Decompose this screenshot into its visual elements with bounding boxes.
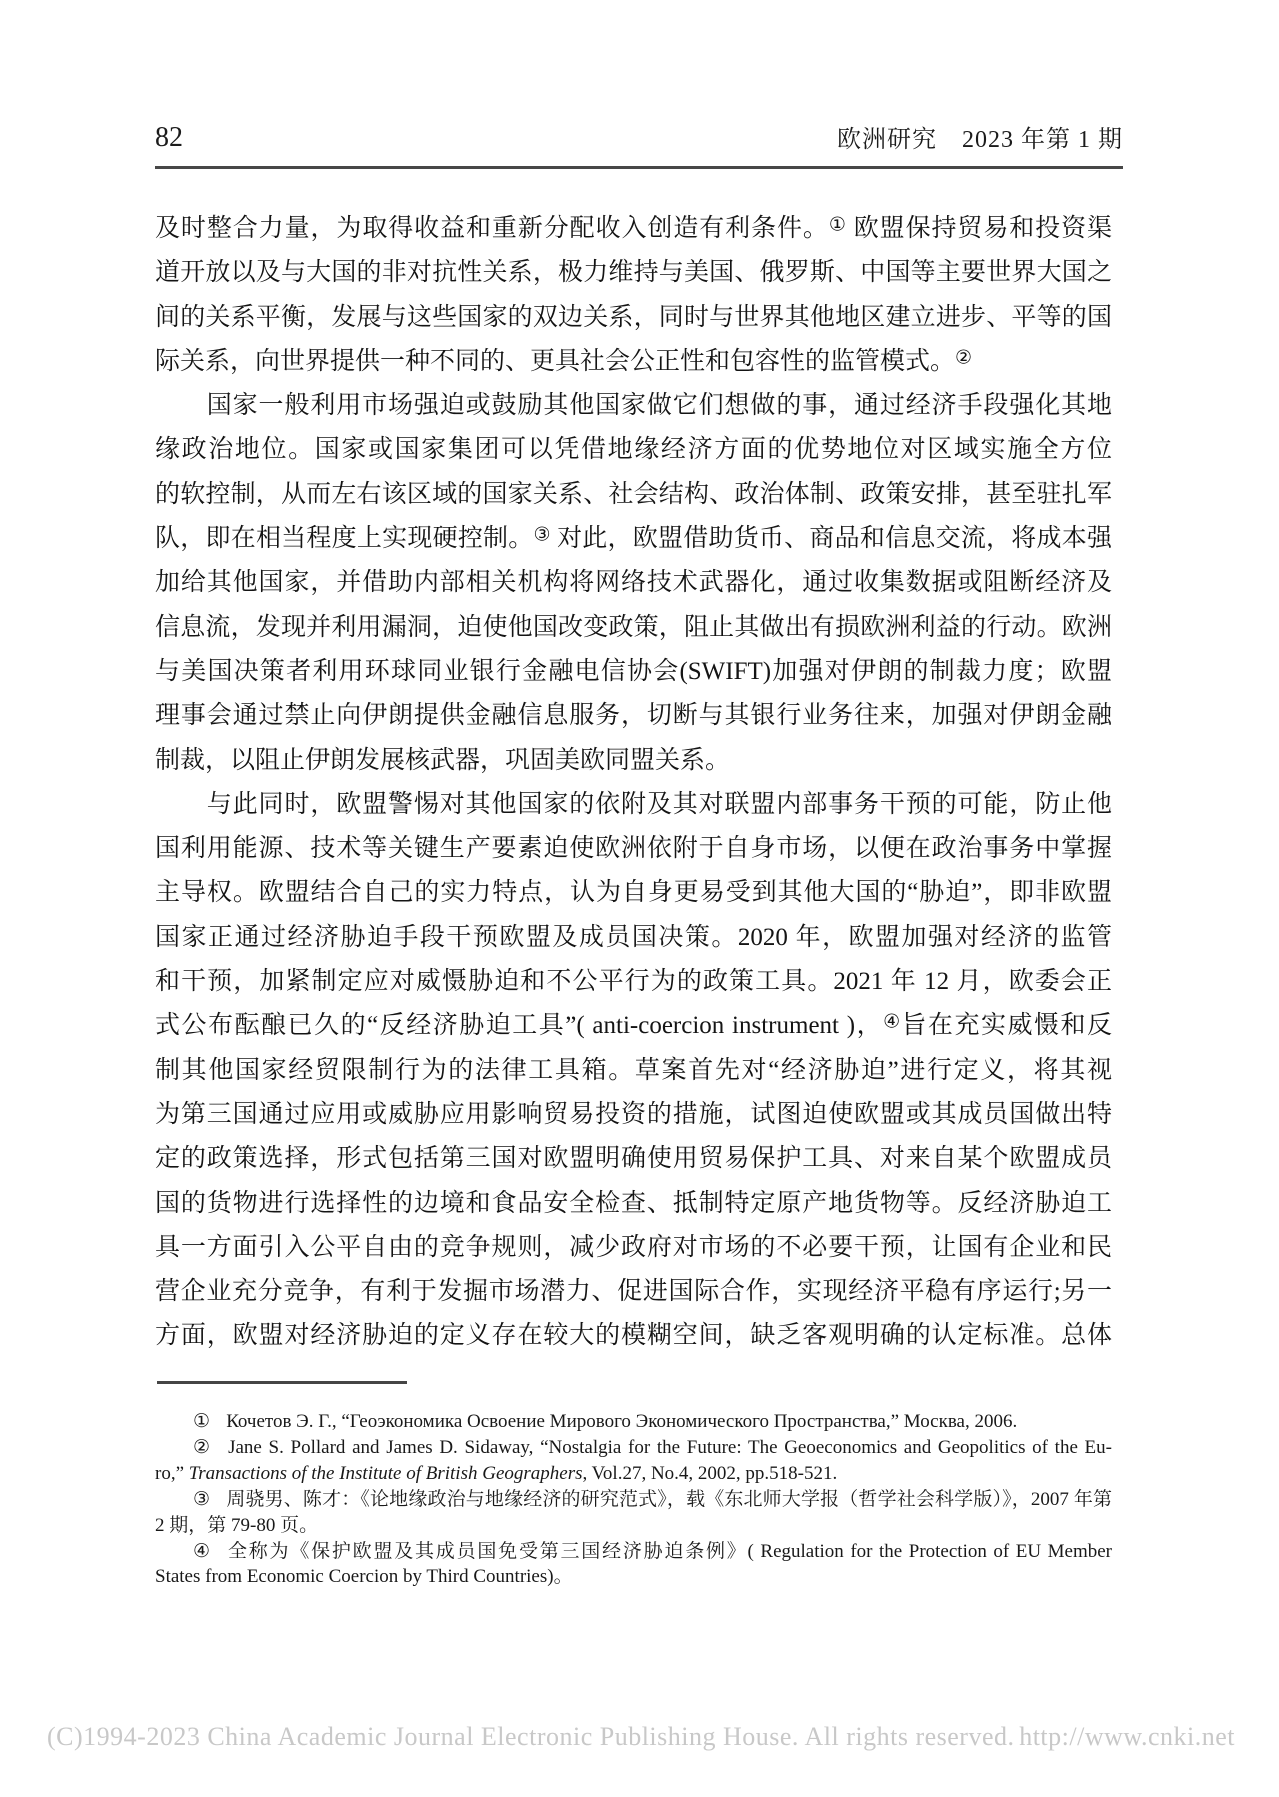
footnote-line: ①Кочетов Э. Г., “Геоэкономика Освоение М… <box>155 1409 1112 1435</box>
body-text-line: 制裁，以阻止伊朗发展核武器，巩固美欧同盟关系。 <box>155 739 1112 783</box>
footnote-text: States from Economic Coercion by Third C… <box>155 1566 573 1587</box>
footnote: ③周骁男、陈才：《论地缘政治与地缘经济的研究范式》，载《东北师大学报（哲学社会科… <box>155 1487 1112 1539</box>
footnote-text: Jane S. Pollard and James D. Sidaway, “N… <box>228 1437 1112 1458</box>
footnote-line: ④全称为《保护欧盟及其成员国免受第三国经济胁迫条例》( Regulation f… <box>155 1539 1112 1565</box>
body-text-line: 缘政治地位。国家或国家集团可以凭借地缘经济方面的优势地位对区域实施全方位 <box>155 428 1112 472</box>
body-text-line: 方面，欧盟对经济胁迫的定义存在较大的模糊空间，缺乏客观明确的认定标准。总体 <box>155 1314 1112 1358</box>
body-text-line: 为第三国通过应用或威胁应用影响贸易投资的措施，试图迫使欧盟或其成员国做出特 <box>155 1093 1112 1137</box>
body-text-line: 理事会通过禁止向伊朗提供金融信息服务，切断与其银行业务往来，加强对伊朗金融 <box>155 694 1112 738</box>
body-text-line: 定的政策选择，形式包括第三国对欧盟明确使用贸易保护工具、对来自某个欧盟成员 <box>155 1137 1112 1181</box>
footnote-ref: ② <box>955 347 972 368</box>
footnote-ref: ① <box>829 214 847 235</box>
body-text-line: 国家正通过经济胁迫手段干预欧盟及成员国决策。2020 年，欧盟加强对经济的监管 <box>155 916 1112 960</box>
body-text-line: 与美国决策者利用环球同业银行金融电信协会(SWIFT)加强对伊朗的制裁力度；欧盟 <box>155 650 1112 694</box>
body-text-line: 加给其他国家，并借助内部相关机构将网络技术武器化，通过收集数据或阻断经济及 <box>155 561 1112 605</box>
body-text-line: 国的货物进行选择性的边境和食品安全检查、抵制特定原产地货物等。反经济胁迫工 <box>155 1182 1112 1226</box>
cnki-url: http://www.cnki.net <box>1019 1722 1235 1752</box>
body-text-line: 制其他国家经贸限制行为的法律工具箱。草案首先对“经济胁迫”进行定义，将其视 <box>155 1049 1112 1093</box>
footnote-text: 周骁男、陈才：《论地缘政治与地缘经济的研究范式》，载《东北师大学报（哲学社会科学… <box>226 1489 1112 1510</box>
body-text-line: 主导权。欧盟结合自己的实力特点，认为自身更易受到其他大国的“胁迫”，即非欧盟 <box>155 871 1112 915</box>
footnote-journal-title: Transactions of the Institute of British… <box>189 1463 583 1484</box>
body-text-line: 国家一般利用市场强迫或鼓励其他国家做它们想做的事，通过经济手段强化其地 <box>155 384 1112 428</box>
footnote-ref: ③ <box>534 524 551 545</box>
copyright-watermark: (C)1994-2023 China Academic Journal Elec… <box>47 1722 1235 1752</box>
footnotes-section: ①Кочетов Э. Г., “Геоэкономика Освоение М… <box>155 1409 1112 1590</box>
footnote-ref: ④ <box>883 1012 901 1033</box>
body-text-line: 国利用能源、技术等关键生产要素迫使欧洲依附于自身市场，以便在政治事务中掌握 <box>155 827 1112 871</box>
body-text-line: 间的关系平衡，发展与这些国家的双边关系，同时与世界其他地区建立进步、平等的国 <box>155 296 1112 340</box>
paragraph: 与此同时，欧盟警惕对其他国家的依附及其对联盟内部事务干预的可能，防止他国利用能源… <box>155 783 1112 1359</box>
footnote-line: ③周骁男、陈才：《论地缘政治与地缘经济的研究范式》，载《东北师大学报（哲学社会科… <box>155 1487 1112 1513</box>
paragraph: 国家一般利用市场强迫或鼓励其他国家做它们想做的事，通过经济手段强化其地缘政治地位… <box>155 384 1112 783</box>
footnote-marker: ② <box>193 1437 212 1458</box>
footnote-line: ②Jane S. Pollard and James D. Sidaway, “… <box>155 1435 1112 1461</box>
journal-issue-header: 欧洲研究 2023 年第 1 期 <box>837 128 1123 152</box>
body-text-line: 式公布酝酿已久的“反经济胁迫工具”( anti-coercion instrum… <box>155 1004 1112 1048</box>
body-text: 及时整合力量，为取得收益和重新分配收入创造有利条件。① 欧盟保持贸易和投资渠道开… <box>155 207 1112 1359</box>
body-text-line: 与此同时，欧盟警惕对其他国家的依附及其对联盟内部事务干预的可能，防止他 <box>155 783 1112 827</box>
footnote-text: ro,” <box>155 1463 189 1484</box>
footnote: ②Jane S. Pollard and James D. Sidaway, “… <box>155 1435 1112 1487</box>
body-text-line: 的软控制，从而左右该区域的国家关系、社会结构、政治体制、政策安排，甚至驻扎军 <box>155 473 1112 517</box>
body-text-line: 及时整合力量，为取得收益和重新分配收入创造有利条件。① 欧盟保持贸易和投资渠 <box>155 207 1112 251</box>
footnote-text: 全称为《保护欧盟及其成员国免受第三国经济胁迫条例》( Regulation fo… <box>228 1541 1112 1562</box>
footnote-marker: ① <box>193 1411 210 1432</box>
body-text-line: 队，即在相当程度上实现硬控制。③ 对此，欧盟借助货币、商品和信息交流，将成本强 <box>155 517 1112 561</box>
body-text-line: 道开放以及与大国的非对抗性关系，极力维持与美国、俄罗斯、中国等主要世界大国之 <box>155 251 1112 295</box>
footnote-line: ro,” Transactions of the Institute of Br… <box>155 1461 1112 1487</box>
body-text-line: 信息流，发现并利用漏洞，迫使他国改变政策，阻止其做出有损欧洲利益的行动。欧洲 <box>155 606 1112 650</box>
page-number: 82 <box>155 124 183 152</box>
body-text-line: 具一方面引入公平自由的竞争规则，减少政府对市场的不必要干预，让国有企业和民 <box>155 1226 1112 1270</box>
footnote-marker: ③ <box>193 1489 210 1510</box>
footnote-line: 2 期，第 79-80 页。 <box>155 1513 1112 1539</box>
paragraph: 及时整合力量，为取得收益和重新分配收入创造有利条件。① 欧盟保持贸易和投资渠道开… <box>155 207 1112 384</box>
copyright-text: (C)1994-2023 China Academic Journal Elec… <box>47 1722 1015 1752</box>
footnote: ④全称为《保护欧盟及其成员国免受第三国经济胁迫条例》( Regulation f… <box>155 1539 1112 1591</box>
body-text-line: 和干预，加紧制定应对威慑胁迫和不公平行为的政策工具。2021 年 12 月，欧委… <box>155 960 1112 1004</box>
footnote-marker: ④ <box>193 1541 212 1562</box>
footnote-separator <box>157 1381 407 1384</box>
body-text-line: 际关系，向世界提供一种不同的、更具社会公正性和包容性的监管模式。② <box>155 340 1112 384</box>
footnote: ①Кочетов Э. Г., “Геоэкономика Освоение М… <box>155 1409 1112 1435</box>
body-text-line: 营企业充分竞争，有利于发掘市场潜力、促进国际合作，实现经济平稳有序运行;另一 <box>155 1270 1112 1314</box>
journal-page: 82 欧洲研究 2023 年第 1 期 及时整合力量，为取得收益和重新分配收入创… <box>0 0 1279 1797</box>
footnote-text: Кочетов Э. Г., “Геоэкономика Освоение Ми… <box>226 1411 1017 1432</box>
footnote-text: , Vol.27, No.4, 2002, pp.518-521. <box>583 1463 838 1484</box>
footnote-text: 2 期，第 79-80 页。 <box>155 1515 318 1536</box>
footnote-line: States from Economic Coercion by Third C… <box>155 1564 1112 1590</box>
header-rule <box>155 166 1123 169</box>
page-header: 82 欧洲研究 2023 年第 1 期 <box>155 124 1123 152</box>
